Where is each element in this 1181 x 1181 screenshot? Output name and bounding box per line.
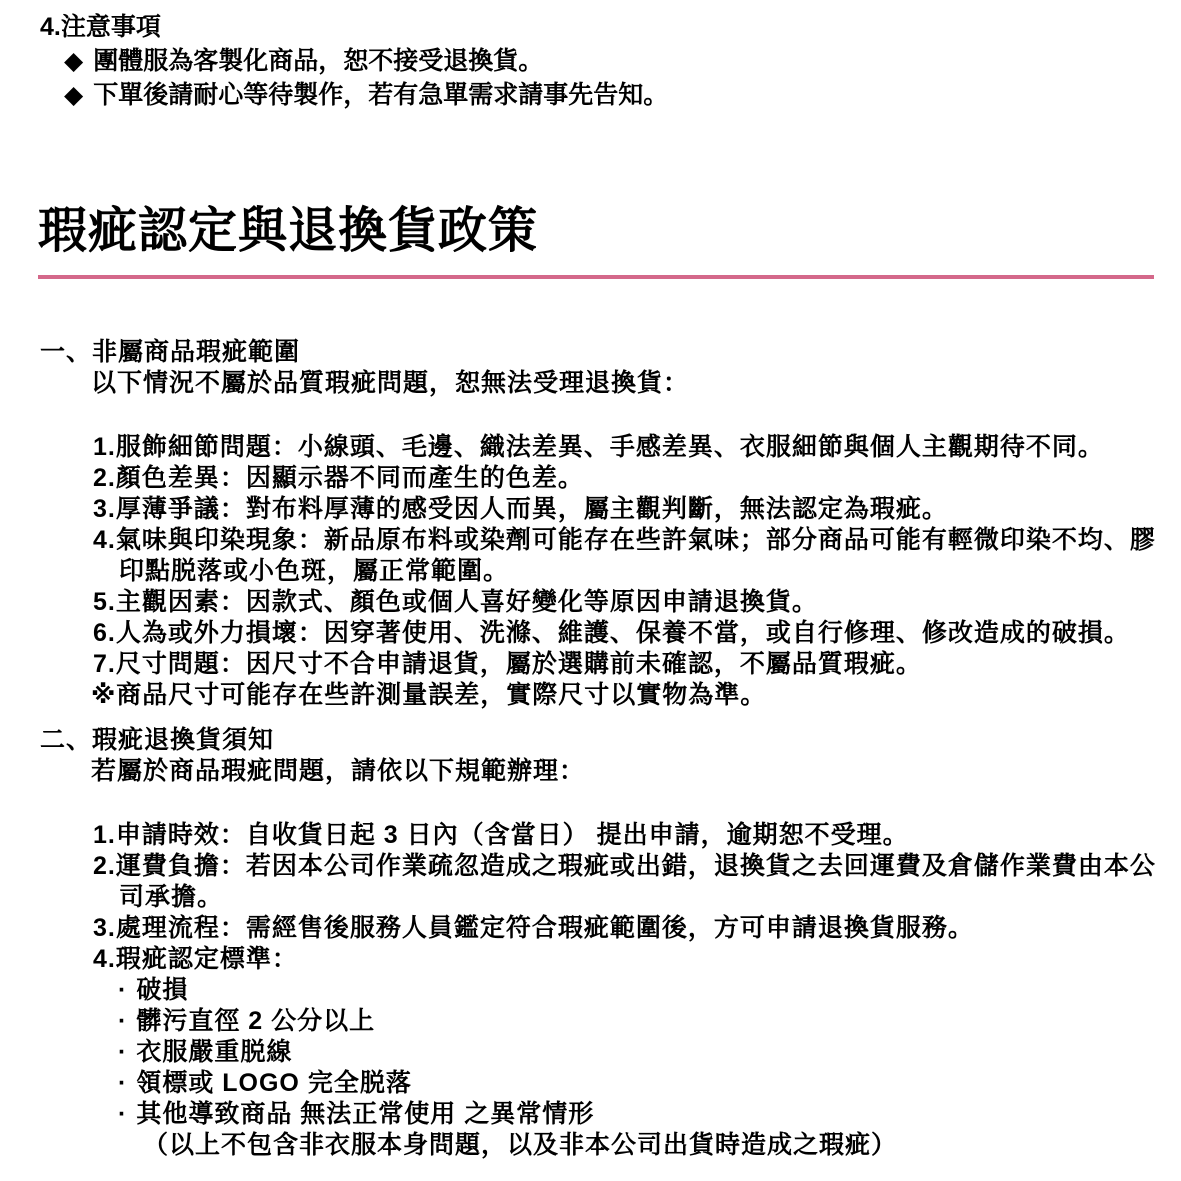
page-title: 瑕疵認定與退換貨政策 (38, 202, 1181, 260)
list-item: ·領標或 LOGO 完全脱落 (118, 1068, 1161, 1099)
list-item: 4.氣味與印染現象：新品原布料或染劑可能存在些許氣味；部分商品可能有輕微印染不均… (93, 525, 1161, 587)
diamond-bullet-icon: ◆ (64, 44, 83, 78)
heading-divider (38, 275, 1154, 279)
notice-title: 4.注意事項 (40, 10, 1181, 44)
section-defect-return-rules: 二、瑕疵退換貨須知 若屬於商品瑕疵問題，請依以下規範辦理： 1.申請時效：自收貨… (0, 725, 1181, 1161)
section-title: 二、瑕疵退換貨須知 (40, 725, 1181, 756)
notice-section: 4.注意事項 ◆團體服為客製化商品，恕不接受退換貨。 ◆下單後請耐心等待製作，若… (0, 0, 1181, 112)
section-item-list: 1.申請時效：自收貨日起 3 日內（含當日） 提出申請，逾期恕不受理。 2.運費… (93, 820, 1161, 1161)
dot-bullet-icon: · (118, 1099, 127, 1130)
list-item: 2.顏色差異：因顯示器不同而產生的色差。 (93, 463, 1161, 494)
list-item: 4.瑕疵認定標準： (93, 944, 1161, 975)
list-item: 2.運費負擔：若因本公司作業疏忽造成之瑕疵或出錯，退換貨之去回運費及倉儲作業費由… (93, 851, 1161, 913)
dot-bullet-icon: · (118, 1037, 127, 1068)
section-non-defect-scope: 一、非屬商品瑕疵範圍 以下情況不屬於品質瑕疵問題，恕無法受理退換貨： 1.服飾細… (0, 337, 1181, 711)
notice-item-text: 下單後請耐心等待製作，若有急單需求請事先告知。 (93, 81, 668, 109)
section-subtitle: 以下情況不屬於品質瑕疵問題，恕無法受理退換貨： (91, 368, 1181, 399)
list-item: 3.厚薄爭議：對布料厚薄的感受因人而異，屬主觀判斷，無法認定為瑕疵。 (93, 494, 1161, 525)
section-title: 一、非屬商品瑕疵範圍 (40, 337, 1181, 368)
list-item: ·其他導致商品 無法正常使用 之異常情形 (118, 1099, 1161, 1130)
sub-bullet-text: 領標或 LOGO 完全脱落 (136, 1069, 412, 1097)
list-item: 5.主觀因素：因款式、顏色或個人喜好變化等原因申請退換貨。 (93, 587, 1161, 618)
dot-bullet-icon: · (118, 1068, 127, 1099)
section-subtitle: 若屬於商品瑕疵問題，請依以下規範辦理： (91, 756, 1181, 787)
section-item-list: 1.服飾細節問題：小線頭、毛邊、織法差異、手感差異、衣服細節與個人主觀期待不同。… (93, 432, 1161, 711)
notice-item: ◆團體服為客製化商品，恕不接受退換貨。 (64, 44, 1181, 78)
dot-bullet-icon: · (118, 1006, 127, 1037)
list-item: ·破損 (118, 975, 1161, 1006)
diamond-bullet-icon: ◆ (64, 78, 83, 112)
list-item: 3.處理流程：需經售後服務人員鑑定符合瑕疵範圍後，方可申請退換貨服務。 (93, 913, 1161, 944)
list-item: ·髒污直徑 2 公分以上 (118, 1006, 1161, 1037)
return-policy-document: 4.注意事項 ◆團體服為客製化商品，恕不接受退換貨。 ◆下單後請耐心等待製作，若… (0, 0, 1181, 1161)
sub-bullet-text: 衣服嚴重脱線 (136, 1038, 292, 1066)
notice-item-text: 團體服為客製化商品，恕不接受退換貨。 (93, 47, 543, 75)
sub-bullet-text: 髒污直徑 2 公分以上 (136, 1007, 375, 1035)
list-item: ·衣服嚴重脱線 (118, 1037, 1161, 1068)
list-item: 6.人為或外力損壞：因穿著使用、洗滌、維護、保養不當，或自行修理、修改造成的破損… (93, 618, 1161, 649)
dot-bullet-icon: · (118, 975, 127, 1006)
exclusion-footnote: （以上不包含非衣服本身問題，以及非本公司出貨時造成之瑕疵） (143, 1130, 1161, 1161)
list-item: 7.尺寸問題：因尺寸不合申請退貨，屬於選購前未確認，不屬品質瑕疵。 (93, 649, 1161, 680)
sub-bullet-text: 破損 (136, 976, 188, 1004)
defect-criteria-list: ·破損 ·髒污直徑 2 公分以上 ·衣服嚴重脱線 ·領標或 LOGO 完全脱落 … (118, 975, 1161, 1161)
measurement-note: ※商品尺寸可能存在些許測量誤差，實際尺寸以實物為準。 (91, 680, 1161, 711)
list-item: 1.申請時效：自收貨日起 3 日內（含當日） 提出申請，逾期恕不受理。 (93, 820, 1161, 851)
list-item: 1.服飾細節問題：小線頭、毛邊、織法差異、手感差異、衣服細節與個人主觀期待不同。 (93, 432, 1161, 463)
notice-item: ◆下單後請耐心等待製作，若有急單需求請事先告知。 (64, 78, 1181, 112)
sub-bullet-text: 其他導致商品 無法正常使用 之異常情形 (136, 1100, 594, 1128)
